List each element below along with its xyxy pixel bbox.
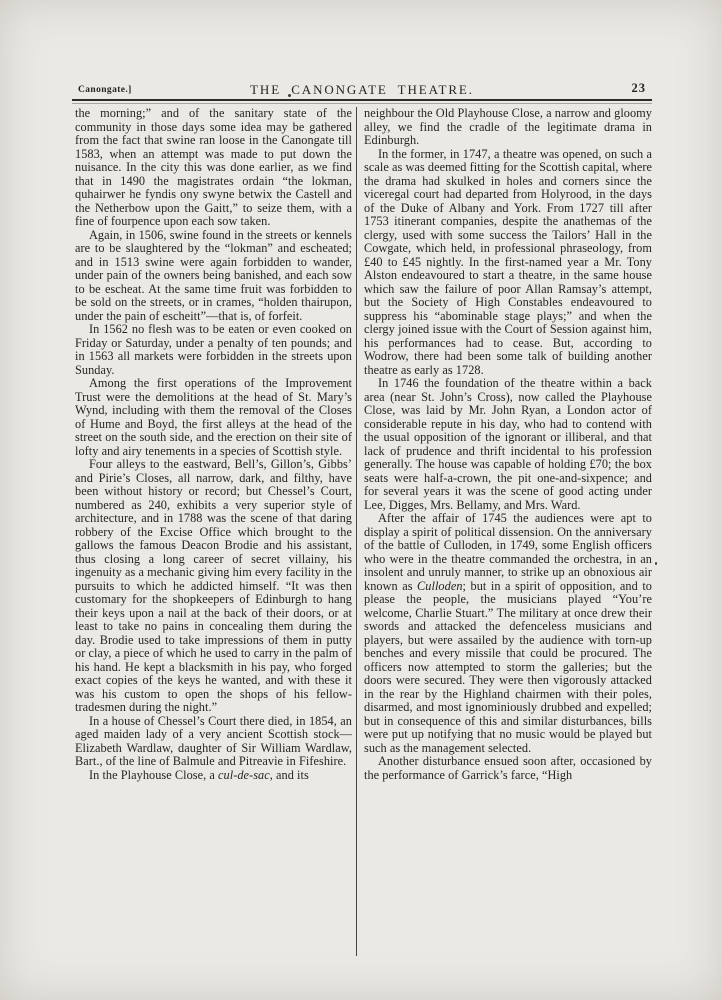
text-run: neighbour the Old Playhouse Close, a nar… — [364, 106, 652, 147]
text-run: In the former, in 1747, a theatre was op… — [364, 147, 652, 377]
text-run: In 1562 no flesh was to be eaten or even… — [75, 322, 352, 377]
paragraph: Again, in 1506, swine found in the stree… — [75, 229, 352, 324]
paragraph: the morning;” and of the sanitary state … — [75, 107, 352, 229]
running-header-title: THE CANONGATE THEATRE. — [72, 82, 652, 98]
text-run: the morning;” and of the sanitary state … — [75, 106, 352, 228]
text-run: Another disturbance ensued soon after, o… — [364, 754, 652, 782]
column-right: neighbour the Old Playhouse Close, a nar… — [364, 107, 652, 782]
text-run: Four alleys to the eastward, Bell’s, Gil… — [75, 457, 352, 714]
text-run: In a house of Chessel’s Court there died… — [75, 714, 352, 769]
italic-text-run: Culloden — [417, 579, 463, 593]
paragraph: In 1562 no flesh was to be eaten or even… — [75, 323, 352, 377]
paragraph: In the Playhouse Close, a cul-de-sac, an… — [75, 769, 352, 783]
paragraph: In the former, in 1747, a theatre was op… — [364, 148, 652, 378]
paragraph: In a house of Chessel’s Court there died… — [75, 715, 352, 769]
paragraph: After the affair of 1745 the audiences w… — [364, 512, 652, 755]
paragraph: neighbour the Old Playhouse Close, a nar… — [364, 107, 652, 148]
scan-speck — [655, 562, 657, 565]
paragraph: Among the first operations of the Improv… — [75, 377, 352, 458]
paragraph: Another disturbance ensued soon after, o… — [364, 755, 652, 782]
text-run: Again, in 1506, swine found in the stree… — [75, 228, 352, 323]
text-run: , and its — [270, 768, 309, 782]
scan-speck — [288, 94, 291, 97]
paragraph: Four alleys to the eastward, Bell’s, Gil… — [75, 458, 352, 715]
book-page: Canongate.] THE CANONGATE THEATRE. 23 th… — [0, 0, 722, 1000]
paragraph: In 1746 the foundation of the theatre wi… — [364, 377, 652, 512]
text-run: In 1746 the foundation of the theatre wi… — [364, 376, 652, 512]
italic-text-run: cul-de-sac — [218, 768, 270, 782]
text-run: ; but in a spirit of opposition, and to … — [364, 579, 652, 755]
header-rule — [72, 99, 652, 101]
page-header: Canongate.] THE CANONGATE THEATRE. 23 — [72, 76, 652, 98]
column-left: the morning;” and of the sanitary state … — [75, 107, 352, 782]
column-divider — [356, 107, 357, 956]
text-columns: the morning;” and of the sanitary state … — [75, 107, 652, 956]
text-run: In the Playhouse Close, a — [89, 768, 218, 782]
page-number: 23 — [632, 81, 647, 96]
text-run: Among the first operations of the Improv… — [75, 376, 352, 458]
